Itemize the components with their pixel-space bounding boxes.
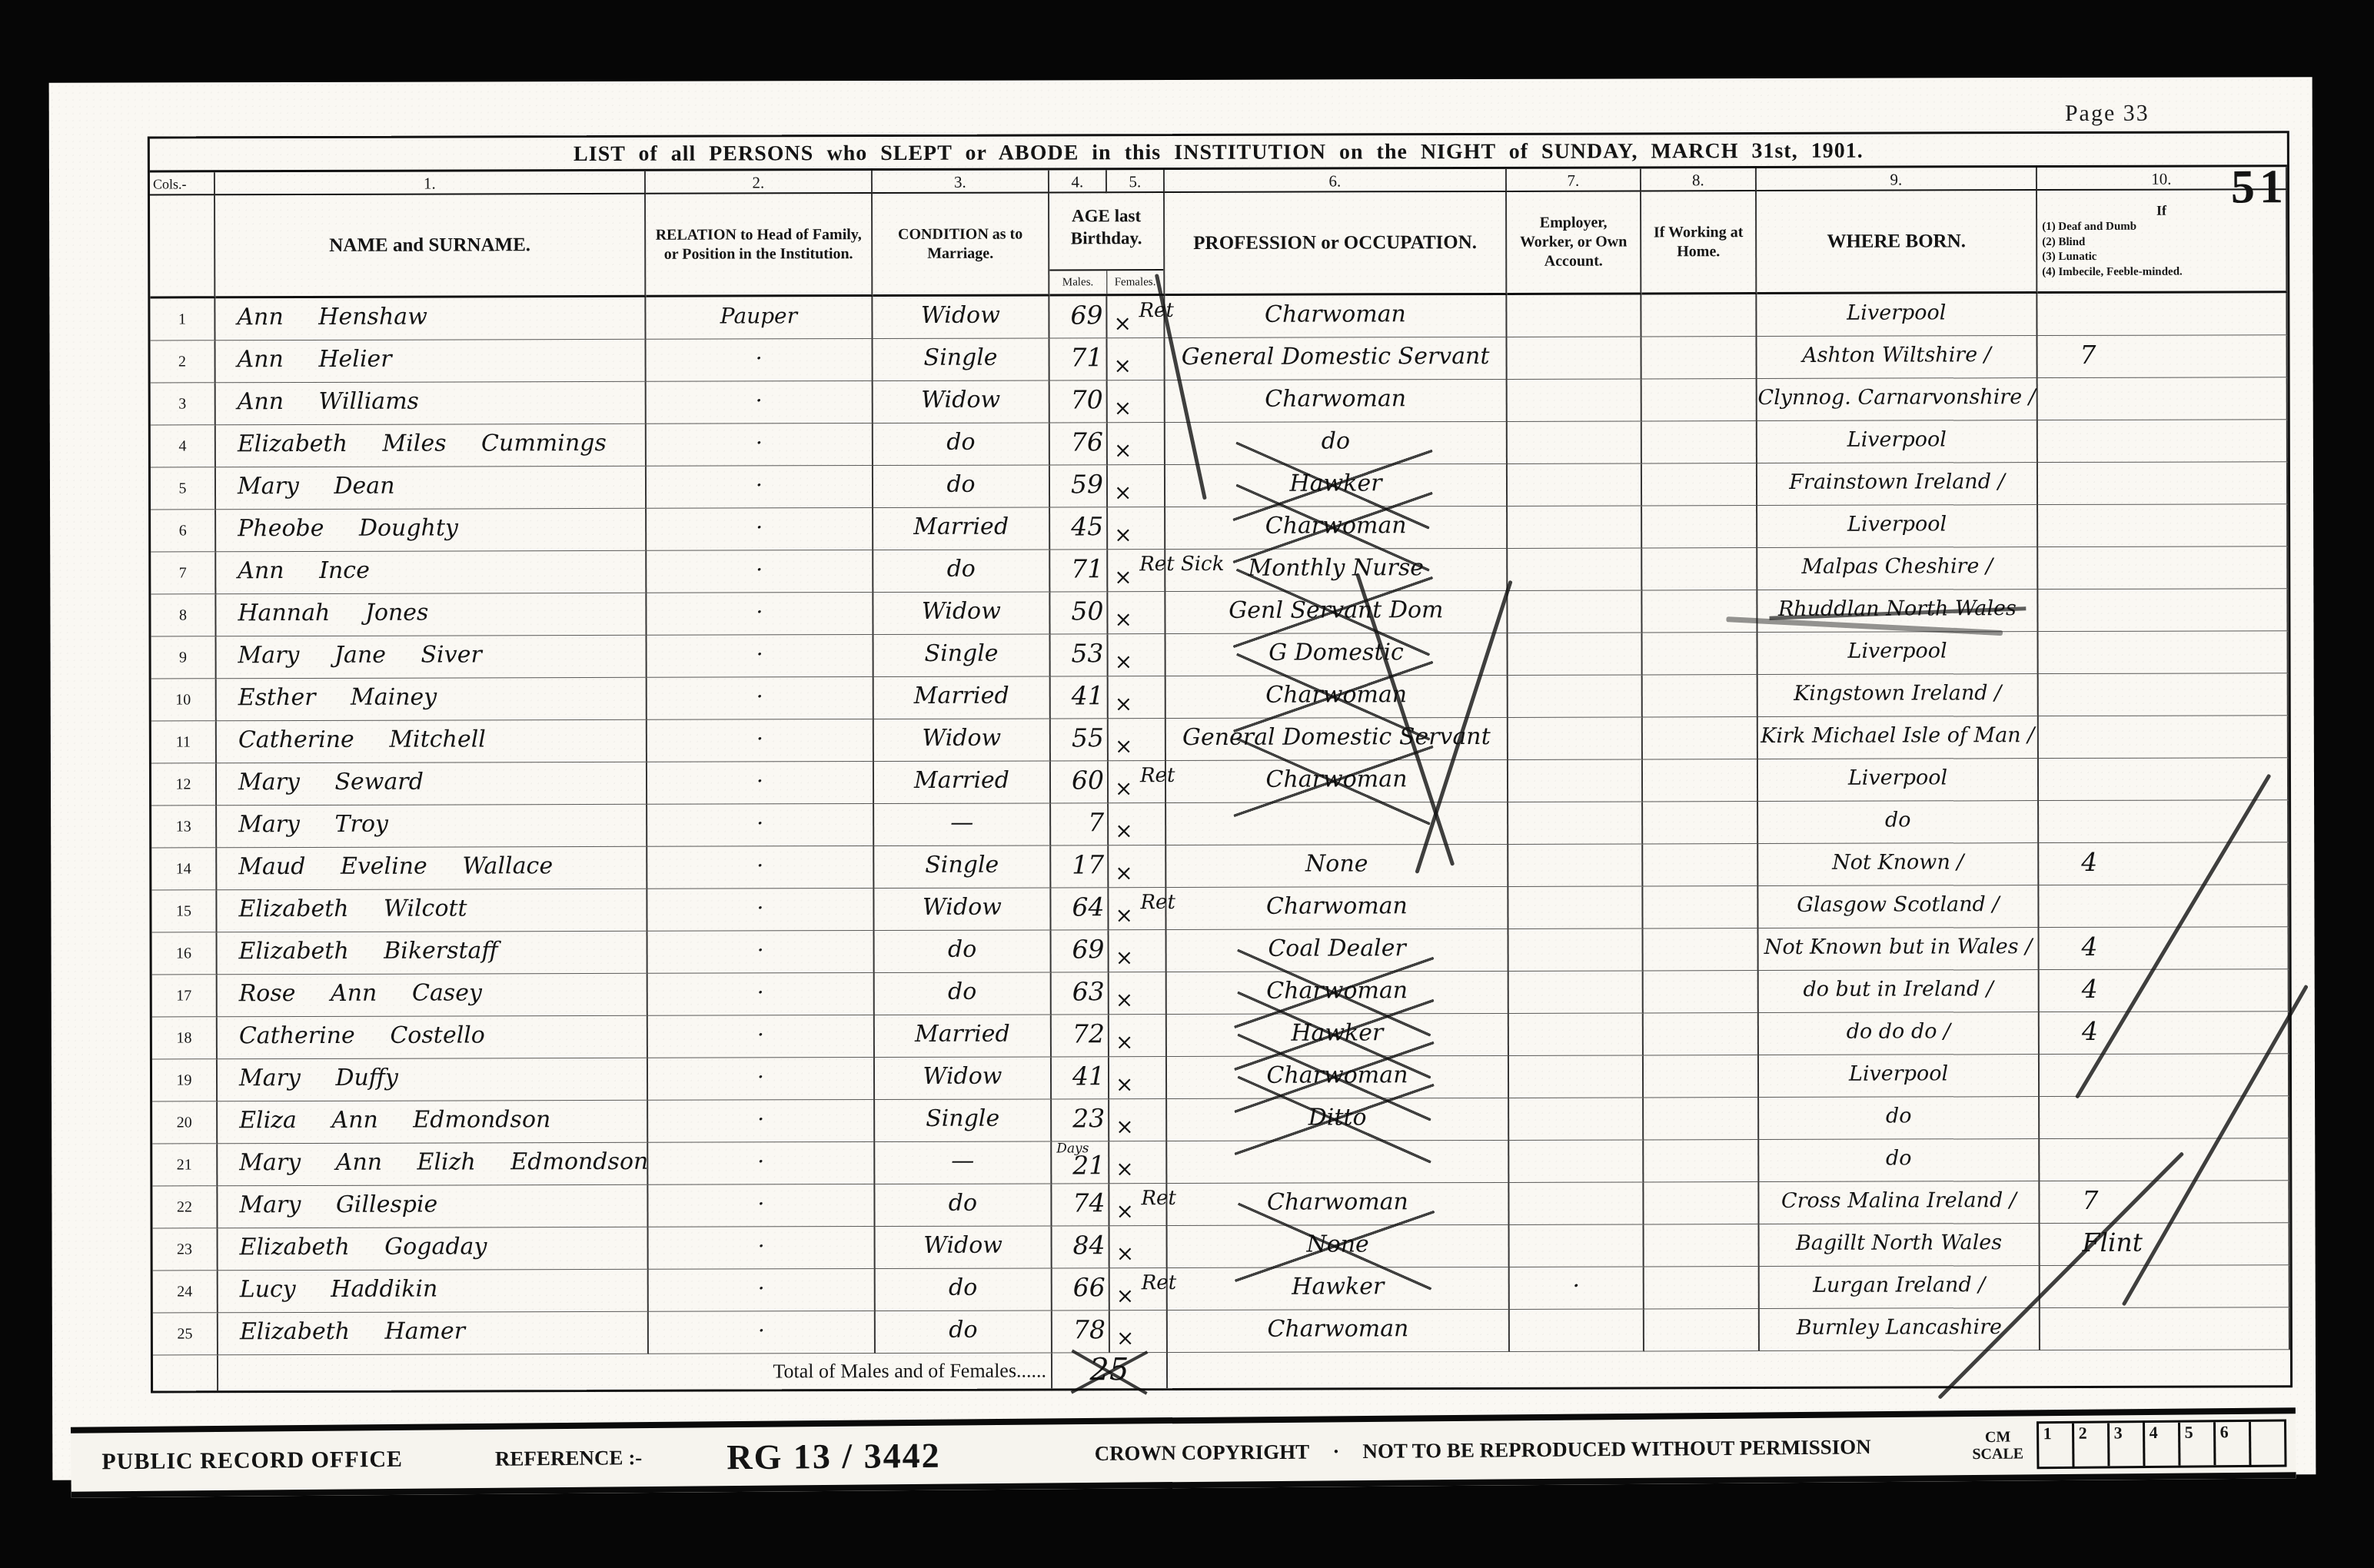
row10-occ: Charwoman: [1166, 676, 1508, 719]
scale-tick-blank: [2251, 1422, 2284, 1465]
row8-num: 8: [151, 594, 216, 636]
col-header-whereborn: WHERE BORN.: [1757, 191, 2037, 294]
row14-name: Maud Eveline Wallace: [217, 847, 647, 890]
row5-relation: ·: [647, 466, 873, 509]
row22-age: 74: [1052, 1184, 1109, 1226]
row6-age: 45: [1050, 507, 1108, 550]
row15-relation: ·: [647, 889, 874, 932]
infirmity-line2: (2) Blind: [2042, 235, 2085, 251]
row2-born: Ashton Wiltshire /: [1757, 336, 2037, 379]
row16-relation: ·: [648, 931, 875, 974]
row1-num: 1: [150, 298, 215, 341]
row4-born: Liverpool: [1757, 420, 2038, 463]
row17-sex: ×: [1109, 972, 1167, 1015]
row4-occ: do: [1165, 422, 1508, 465]
col-number-1: 1.: [215, 171, 646, 195]
scale-label: SCALE: [1972, 1445, 2023, 1463]
page-number-label: Page 33: [2065, 101, 2150, 127]
row23-name: Elizabeth Gogaday: [218, 1227, 649, 1271]
row14-condition: Single: [874, 845, 1051, 889]
row1-age: 69: [1049, 296, 1107, 338]
row4-num: 4: [151, 425, 216, 467]
scale-tick: 6: [2216, 1422, 2251, 1465]
row14-age: 17: [1051, 845, 1109, 888]
row7-condition: do: [873, 550, 1050, 593]
row21-condition: —: [875, 1141, 1052, 1184]
row4-age: 76: [1050, 423, 1108, 465]
row25-occ: Charwoman: [1168, 1310, 1510, 1353]
row20-occ: Ditto: [1167, 1098, 1509, 1141]
row25-sex: ×: [1110, 1311, 1168, 1353]
row23-born: Bagillt North Wales: [1760, 1224, 2040, 1267]
row2-occ: General Domestic Servant: [1165, 337, 1508, 380]
row19-emp: [1509, 1055, 1644, 1098]
row11-age: 55: [1051, 719, 1109, 761]
row21-sex: ×: [1109, 1141, 1167, 1184]
row3-home: [1642, 379, 1757, 421]
row1-born: Liverpool: [1757, 294, 2037, 337]
row5-born: Frainstown Ireland /: [1757, 463, 2038, 506]
row20-emp: [1509, 1098, 1644, 1140]
row14-born: Not Known /: [1758, 843, 2039, 886]
row11-name: Catherine Mitchell: [217, 720, 647, 763]
col-header-name: NAME and SURNAME.: [215, 194, 646, 298]
row5-sex: ×: [1108, 465, 1165, 507]
row21-occ: [1167, 1141, 1509, 1184]
row20-age: 23: [1052, 1099, 1109, 1141]
row23-emp: [1510, 1224, 1644, 1267]
row8-home: [1642, 590, 1757, 633]
col-number-6: 6.: [1165, 169, 1507, 193]
infirmity-line1: (1) Deaf and Dumb: [2042, 220, 2136, 235]
row15-emp: [1508, 886, 1643, 929]
col-header-relation: RELATION to Head of Family, or Position …: [646, 194, 873, 297]
row12-name: Mary Seward: [217, 762, 647, 806]
row22-emp: [1509, 1182, 1644, 1224]
row7-occ: Ret SickMonthly Nurse: [1165, 549, 1508, 592]
col-number-2: 2.: [646, 171, 873, 194]
row8-relation: ·: [647, 593, 873, 636]
row19-age: 41: [1052, 1057, 1109, 1099]
col-header-profession: PROFESSION or OCCUPATION.: [1165, 192, 1507, 296]
col-header-age: AGE last Birthday. Males. Females.: [1049, 193, 1165, 296]
row16-home: [1644, 929, 1759, 971]
row24-condition: do: [876, 1268, 1052, 1311]
row8-inf: [2038, 589, 2288, 632]
infirmity-line4: (4) Imbecile, Feeble-minded.: [2042, 264, 2183, 280]
row24-name: Lucy Haddikin: [218, 1270, 649, 1313]
row19-home: [1644, 1055, 1759, 1098]
record-office-label: PUBLIC RECORD OFFICE: [101, 1447, 403, 1475]
row9-age: 53: [1051, 634, 1109, 676]
row5-emp: [1508, 463, 1642, 506]
row20-sex: ×: [1109, 1099, 1167, 1141]
col-number-9: 9.: [1757, 168, 2037, 191]
row1-name: Ann Henshaw: [215, 297, 646, 341]
row10-name: Esther Mainey: [217, 678, 647, 721]
row22-born: Cross Malina Ireland /: [1759, 1181, 2040, 1224]
row7-name: Ann Ince: [216, 551, 647, 594]
row11-sex: ×: [1109, 719, 1166, 761]
row17-born: do but in Ireland /: [1759, 970, 2040, 1013]
row10-condition: Married: [874, 676, 1051, 719]
row6-condition: Married: [873, 507, 1050, 550]
age-males-label: Males.: [1049, 271, 1107, 294]
row6-occ: Charwoman: [1165, 507, 1508, 550]
row21-num: 21: [152, 1144, 218, 1186]
row5-name: Mary Dean: [216, 467, 647, 510]
row11-num: 11: [151, 721, 217, 763]
row3-name: Ann Williams: [216, 382, 647, 425]
row2-condition: Single: [873, 338, 1050, 381]
row9-relation: ·: [647, 635, 874, 678]
row1-relation: Pauper: [646, 297, 873, 340]
row16-occ: Coal Dealer: [1167, 929, 1509, 972]
row20-condition: Single: [875, 1099, 1052, 1142]
row4-emp: [1508, 421, 1642, 463]
row11-inf: [2039, 716, 2289, 759]
row16-emp: [1509, 929, 1644, 971]
row14-num: 14: [151, 848, 217, 890]
col-header-employer: Employer, Worker, or Own Account.: [1507, 191, 1641, 294]
row22-home: [1644, 1182, 1759, 1224]
row20-inf: [2040, 1096, 2289, 1139]
row25-condition: do: [876, 1311, 1052, 1354]
row11-born: Kirk Michael Isle of Man /: [1758, 716, 2039, 759]
row21-inf: [2040, 1138, 2289, 1181]
row21-emp: [1509, 1140, 1644, 1182]
row25-name: Elizabeth Hamer: [218, 1312, 649, 1355]
row1-emp: [1507, 294, 1641, 337]
row13-emp: [1508, 802, 1643, 844]
row10-inf: [2039, 673, 2289, 716]
reproduction-notice: NOT TO BE REPRODUCED WITHOUT PERMISSION: [1362, 1435, 1871, 1463]
row2-emp: [1507, 337, 1641, 379]
row19-born: Liverpool: [1759, 1055, 2040, 1098]
row17-emp: [1509, 971, 1644, 1013]
row14-relation: ·: [647, 846, 874, 889]
row11-relation: ·: [647, 719, 874, 762]
row9-name: Mary Jane Siver: [217, 636, 647, 679]
row4-relation: ·: [647, 424, 873, 467]
scale-tick: 1: [2039, 1423, 2074, 1467]
row6-inf: [2038, 504, 2288, 547]
row2-num: 2: [151, 341, 216, 383]
scale-tick: 2: [2074, 1423, 2110, 1466]
row2-home: [1641, 337, 1757, 379]
infirmity-line3: (3) Lunatic: [2042, 250, 2096, 265]
row10-emp: [1508, 675, 1643, 717]
row4-name: Elizabeth Miles Cummings: [216, 424, 647, 467]
row5-num: 5: [151, 467, 216, 510]
row7-inf: [2038, 546, 2288, 590]
row24-num: 24: [153, 1271, 218, 1313]
row3-emp: [1508, 379, 1642, 421]
row18-age: 72: [1052, 1015, 1109, 1057]
row18-name: Catherine Costello: [218, 1016, 648, 1059]
row5-age: 59: [1050, 465, 1108, 507]
row17-inf: 4: [2040, 969, 2289, 1012]
row9-sex: ×: [1109, 634, 1166, 676]
row11-home: [1643, 717, 1758, 759]
row8-emp: [1508, 590, 1642, 633]
row21-relation: ·: [648, 1142, 875, 1185]
row19-condition: Widow: [875, 1057, 1052, 1100]
row19-num: 19: [152, 1059, 218, 1101]
row17-age: 63: [1052, 972, 1109, 1015]
scale-tick: 3: [2110, 1423, 2145, 1466]
row16-sex: ×: [1109, 930, 1167, 972]
row18-condition: Married: [875, 1015, 1052, 1058]
row20-relation: ·: [648, 1100, 875, 1143]
scanned-census-page: Page 33 51 LIST of all PERSONS who SLEPT…: [49, 77, 2316, 1480]
row6-home: [1642, 506, 1757, 548]
row9-emp: [1508, 633, 1643, 675]
row10-sex: ×: [1109, 676, 1166, 719]
row9-inf: [2039, 631, 2289, 674]
row23-num: 23: [153, 1228, 218, 1271]
row15-inf: [2039, 885, 2289, 928]
row24-born: Lurgan Ireland /: [1760, 1266, 2040, 1309]
row13-home: [1643, 802, 1758, 844]
row10-born: Kingstown Ireland /: [1758, 674, 2039, 717]
row12-inf: [2039, 758, 2289, 801]
row18-relation: ·: [648, 1015, 875, 1058]
col-header-condition: CONDITION as to Marriage.: [873, 193, 1049, 297]
row17-condition: do: [875, 972, 1052, 1015]
row23-age: 84: [1052, 1226, 1110, 1268]
row5-condition: do: [873, 465, 1050, 508]
row20-num: 20: [152, 1101, 218, 1144]
row25-emp: [1510, 1309, 1644, 1351]
row23-occ: None: [1168, 1225, 1510, 1268]
row25-inf: [2040, 1307, 2290, 1350]
row18-emp: [1509, 1013, 1644, 1055]
row21-age: Days21: [1052, 1141, 1109, 1184]
row21-name: Mary Ann Elizh Edmondson: [218, 1143, 648, 1186]
row2-relation: ·: [647, 339, 873, 382]
row15-age: 64: [1051, 888, 1109, 930]
row17-home: [1644, 971, 1759, 1013]
row22-num: 22: [152, 1186, 218, 1228]
separator-dot: ·: [1332, 1440, 1339, 1463]
row1-occ: RetCharwoman: [1165, 295, 1507, 338]
row25-home: [1644, 1309, 1760, 1351]
row3-inf: [2038, 377, 2288, 420]
row3-occ: Charwoman: [1165, 380, 1508, 423]
row5-home: [1642, 463, 1757, 506]
row24-occ: RetHawker: [1168, 1267, 1510, 1311]
row20-born: do: [1759, 1097, 2040, 1140]
row12-occ: RetCharwoman: [1166, 760, 1508, 803]
row15-born: Glasgow Scotland /: [1758, 885, 2039, 929]
census-table: LIST of all PERSONS who SLEPT or ABODE i…: [148, 131, 2293, 1393]
row22-relation: ·: [648, 1184, 875, 1227]
row21-born: do: [1759, 1139, 2040, 1182]
row2-age: 71: [1050, 338, 1108, 380]
row25-age: 78: [1052, 1311, 1110, 1353]
row8-condition: Widow: [873, 592, 1050, 635]
row15-home: [1643, 886, 1758, 929]
row19-name: Mary Duffy: [218, 1058, 648, 1101]
row22-condition: do: [875, 1184, 1052, 1227]
row16-condition: do: [875, 930, 1052, 973]
scale-tick: 5: [2180, 1422, 2216, 1465]
row18-inf: 4: [2040, 1012, 2289, 1055]
reference-label: REFERENCE :-: [495, 1446, 643, 1471]
row4-home: [1642, 421, 1757, 463]
row15-occ: RetCharwoman: [1166, 887, 1508, 930]
col-header-athome: If Working at Home.: [1641, 191, 1757, 294]
row13-sex: ×: [1109, 803, 1166, 845]
row25-relation: ·: [649, 1311, 876, 1354]
age-subheader: Males. Females.: [1049, 269, 1163, 294]
row13-born: do: [1758, 801, 2039, 844]
row3-num: 3: [151, 383, 216, 425]
cm-label: CM: [1985, 1429, 2011, 1446]
row15-num: 15: [151, 890, 217, 932]
row23-sex: ×: [1110, 1226, 1168, 1268]
row18-home: [1644, 1013, 1759, 1055]
table-title: LIST of all PERSONS who SLEPT or ABODE i…: [150, 133, 2287, 172]
cm-scale-label: CM SCALE: [1963, 1428, 2033, 1463]
row1-inf: [2037, 293, 2287, 336]
crown-copyright-label: CROWN COPYRIGHT: [1094, 1440, 1309, 1465]
row8-sex: ×: [1108, 592, 1165, 634]
row18-occ: Hawker: [1167, 1014, 1509, 1057]
row24-inf: [2040, 1265, 2290, 1308]
col-number-3: 3.: [873, 170, 1049, 194]
row13-num: 13: [151, 806, 217, 848]
row12-emp: [1508, 759, 1643, 802]
col-header-infirmity: If (1) Deaf and Dumb (2) Blind (3) Lunat…: [2037, 190, 2287, 294]
col-number-10: 10.: [2037, 167, 2287, 191]
row24-age: 66: [1052, 1268, 1110, 1311]
row6-name: Pheobe Doughty: [216, 509, 647, 552]
row2-inf: 7: [2037, 335, 2287, 378]
row15-condition: Widow: [874, 888, 1051, 931]
row2-name: Ann Helier: [216, 340, 647, 383]
col-number-7: 7.: [1507, 168, 1641, 191]
row7-born: Malpas Cheshire /: [1757, 547, 2038, 590]
row13-name: Mary Troy: [217, 805, 647, 848]
row16-born: Not Known but in Wales /: [1759, 928, 2040, 971]
row13-occ: [1166, 802, 1508, 845]
row24-emp: ·: [1510, 1267, 1644, 1309]
row4-condition: do: [873, 423, 1050, 466]
row14-home: [1643, 844, 1758, 886]
row8-name: Hannah Jones: [216, 593, 647, 636]
row16-num: 16: [152, 932, 218, 975]
row10-relation: ·: [647, 677, 874, 720]
total-row-margin: [153, 1355, 218, 1390]
row25-born: Burnley Lancashire: [1760, 1308, 2040, 1351]
row13-relation: ·: [647, 804, 874, 847]
col-header-rownum: [150, 195, 215, 298]
row8-occ: Genl Servant Dom: [1165, 591, 1508, 634]
row9-home: [1643, 633, 1758, 675]
row22-name: Mary Gillespie: [218, 1185, 648, 1228]
footer-bar: PUBLIC RECORD OFFICE REFERENCE :- RG 13 …: [71, 1407, 2296, 1497]
row17-num: 17: [152, 975, 218, 1017]
total-label: Total of Males and of Females......: [218, 1353, 1052, 1390]
row16-name: Elizabeth Bikerstaff: [218, 932, 648, 975]
row14-inf: 4: [2039, 842, 2289, 885]
row7-age: 71: [1050, 550, 1108, 592]
row10-age: 41: [1051, 676, 1109, 719]
row23-condition: Widow: [876, 1226, 1052, 1269]
row6-born: Liverpool: [1757, 505, 2038, 548]
row16-age: 69: [1052, 930, 1109, 972]
row14-sex: ×: [1109, 845, 1166, 888]
row21-home: [1644, 1140, 1759, 1182]
row13-age: 7: [1051, 803, 1109, 845]
age-label: AGE last Birthday.: [1054, 205, 1159, 250]
row20-home: [1644, 1098, 1759, 1140]
row7-home: [1642, 548, 1757, 590]
row24-home: [1644, 1267, 1760, 1309]
row25-num: 25: [153, 1313, 218, 1355]
row5-occ: Hawker: [1165, 464, 1508, 507]
row3-age: 70: [1050, 380, 1108, 423]
row12-num: 12: [151, 763, 217, 806]
row1-home: [1641, 294, 1757, 337]
row6-sex: ×: [1108, 507, 1165, 550]
row2-sex: ×: [1108, 338, 1165, 380]
row17-occ: Charwoman: [1167, 972, 1509, 1015]
row3-condition: Widow: [873, 380, 1050, 424]
row18-born: do do do /: [1759, 1012, 2040, 1055]
row9-condition: Single: [874, 634, 1051, 677]
row22-occ: RetCharwoman: [1167, 1183, 1509, 1226]
row14-occ: None: [1166, 845, 1508, 888]
row14-emp: [1508, 844, 1643, 886]
row18-sex: ×: [1109, 1015, 1167, 1057]
row1-condition: Widow: [873, 296, 1049, 339]
total-row-rest: [1168, 1350, 2290, 1388]
row7-relation: ·: [647, 550, 873, 593]
scale-tick: 4: [2145, 1423, 2180, 1466]
row12-relation: ·: [647, 762, 874, 805]
row17-name: Rose Ann Casey: [218, 974, 648, 1017]
row3-born: Clynnog. Carnarvonshire /: [1757, 378, 2038, 421]
row6-relation: ·: [647, 508, 873, 551]
row23-relation: ·: [649, 1227, 876, 1270]
row8-age: 50: [1050, 592, 1108, 634]
row12-born: Liverpool: [1758, 759, 2039, 802]
row13-condition: —: [874, 803, 1051, 846]
row12-age: 60: [1051, 761, 1109, 803]
row3-sex: ×: [1108, 380, 1165, 423]
row9-occ: G Domestic: [1166, 633, 1508, 676]
row5-inf: [2038, 462, 2288, 505]
row19-sex: ×: [1109, 1057, 1167, 1099]
row20-name: Eliza Ann Edmondson: [218, 1101, 648, 1144]
cm-scale-ruler: 1 2 3 4 5 6: [2037, 1419, 2287, 1469]
row10-home: [1643, 675, 1758, 717]
cols-label: Cols.-: [150, 172, 215, 195]
row23-home: [1644, 1224, 1760, 1267]
row6-emp: [1508, 506, 1642, 548]
row15-name: Elizabeth Wilcott: [217, 889, 647, 932]
row18-num: 18: [152, 1017, 218, 1059]
row17-relation: ·: [648, 973, 875, 1016]
row11-emp: [1508, 717, 1643, 759]
infirmity-if: If: [2156, 201, 2166, 219]
col-number-8: 8.: [1641, 168, 1757, 191]
row3-relation: ·: [647, 381, 873, 424]
col-number-5: 5.: [1107, 170, 1165, 193]
